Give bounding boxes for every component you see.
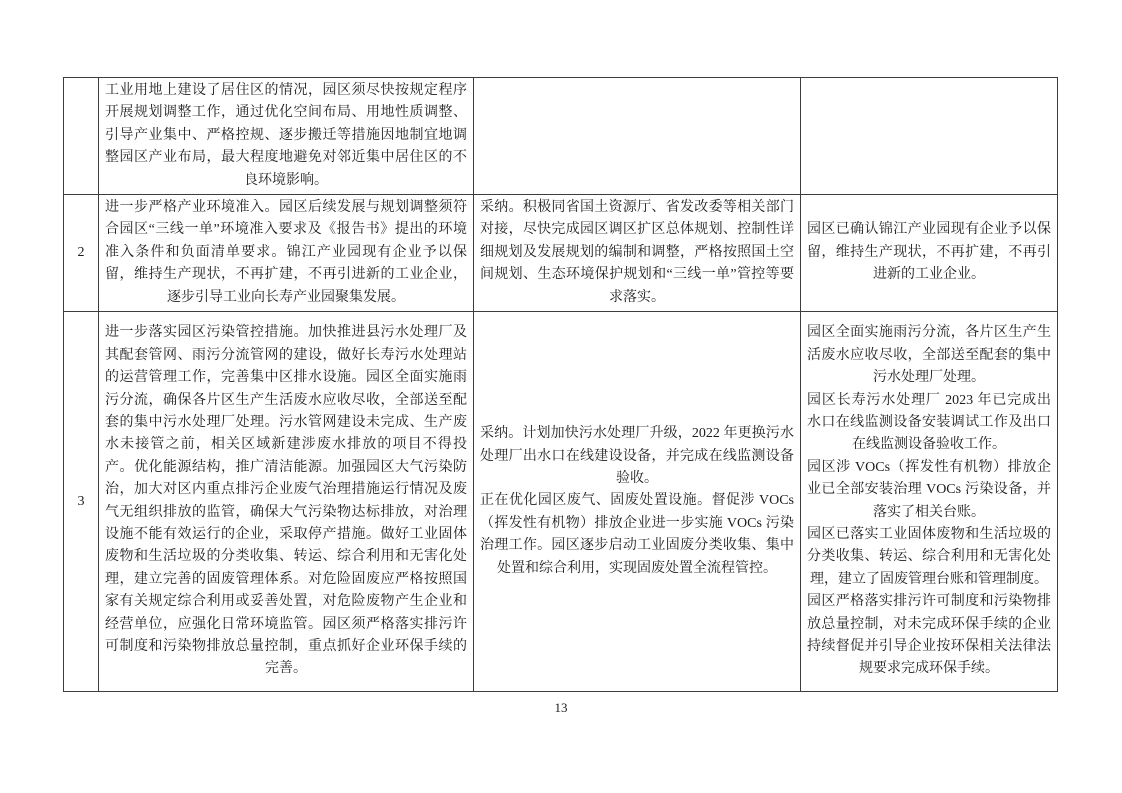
response-cell: 采纳。计划加快污水处理厂升级，2022 年更换污水处理厂出水口在线建设设备，并完… <box>474 312 801 692</box>
paragraph: 园区长寿污水处理厂 2023 年已完成出水口在线监测设备安装调试工作及出口在线监… <box>807 390 1051 457</box>
paragraph: 采纳。计划加快污水处理厂升级，2022 年更换污水处理厂出水口在线建设设备，并完… <box>480 423 794 490</box>
page-number: 13 <box>0 700 1122 716</box>
table-row: 工业用地上建设了居住区的情况，园区须尽快按规定程序开展规划调整工作，通过优化空间… <box>64 78 1058 195</box>
paragraph: 园区全面实施雨污分流，各片区生产生活废水应收尽收，全部送至配套的集中污水处理厂处… <box>807 322 1051 389</box>
implementation-cell <box>801 78 1058 195</box>
row-number-cell: 2 <box>64 195 99 312</box>
document-page: 工业用地上建设了居住区的情况，园区须尽快按规定程序开展规划调整工作，通过优化空间… <box>0 0 1122 793</box>
response-cell <box>474 78 801 195</box>
row-number-cell <box>64 78 99 195</box>
paragraph: 进一步落实园区污染管控措施。加快推进县污水处理厂及其配套管网、雨污分流管网的建设… <box>105 322 467 681</box>
paragraph: 园区已落实工业固体废物和生活垃圾的分类收集、转运、综合利用和无害化处理，建立了固… <box>807 524 1051 591</box>
paragraph: 正在优化园区废气、固废处置设施。督促涉 VOCs（挥发性有机物）排放企业进一步实… <box>480 490 794 580</box>
requirement-cell: 工业用地上建设了居住区的情况，园区须尽快按规定程序开展规划调整工作，通过优化空间… <box>99 78 474 195</box>
paragraph: 园区已确认锦江产业园现有企业予以保留，维持生产现状，不再扩建，不再引进新的工业企… <box>807 219 1051 286</box>
review-table: 工业用地上建设了居住区的情况，园区须尽快按规定程序开展规划调整工作，通过优化空间… <box>63 77 1058 692</box>
paragraph: 园区严格落实排污许可制度和污染物排放总量控制，对未完成环保手续的企业持续督促并引… <box>807 591 1051 681</box>
table-row: 2 进一步严格产业环境准入。园区后续发展与规划调整须符合园区“三线一单”环境准入… <box>64 195 1058 312</box>
paragraph: 工业用地上建设了居住区的情况，园区须尽快按规定程序开展规划调整工作，通过优化空间… <box>105 80 467 192</box>
response-cell: 采纳。积极同省国土资源厅、省发改委等相关部门对接，尽快完成园区调区扩区总体规划、… <box>474 195 801 312</box>
table-body: 工业用地上建设了居住区的情况，园区须尽快按规定程序开展规划调整工作，通过优化空间… <box>64 78 1058 692</box>
row-number-cell: 3 <box>64 312 99 692</box>
requirement-cell: 进一步严格产业环境准入。园区后续发展与规划调整须符合园区“三线一单”环境准入要求… <box>99 195 474 312</box>
table-row: 3 进一步落实园区污染管控措施。加快推进县污水处理厂及其配套管网、雨污分流管网的… <box>64 312 1058 692</box>
paragraph: 进一步严格产业环境准入。园区后续发展与规划调整须符合园区“三线一单”环境准入要求… <box>105 197 467 309</box>
implementation-cell: 园区全面实施雨污分流，各片区生产生活废水应收尽收，全部送至配套的集中污水处理厂处… <box>801 312 1058 692</box>
paragraph: 采纳。积极同省国土资源厅、省发改委等相关部门对接，尽快完成园区调区扩区总体规划、… <box>480 197 794 309</box>
requirement-cell: 进一步落实园区污染管控措施。加快推进县污水处理厂及其配套管网、雨污分流管网的建设… <box>99 312 474 692</box>
paragraph: 园区涉 VOCs（挥发性有机物）排放企业已全部安装治理 VOCs 污染设备，并落… <box>807 457 1051 524</box>
implementation-cell: 园区已确认锦江产业园现有企业予以保留，维持生产现状，不再扩建，不再引进新的工业企… <box>801 195 1058 312</box>
